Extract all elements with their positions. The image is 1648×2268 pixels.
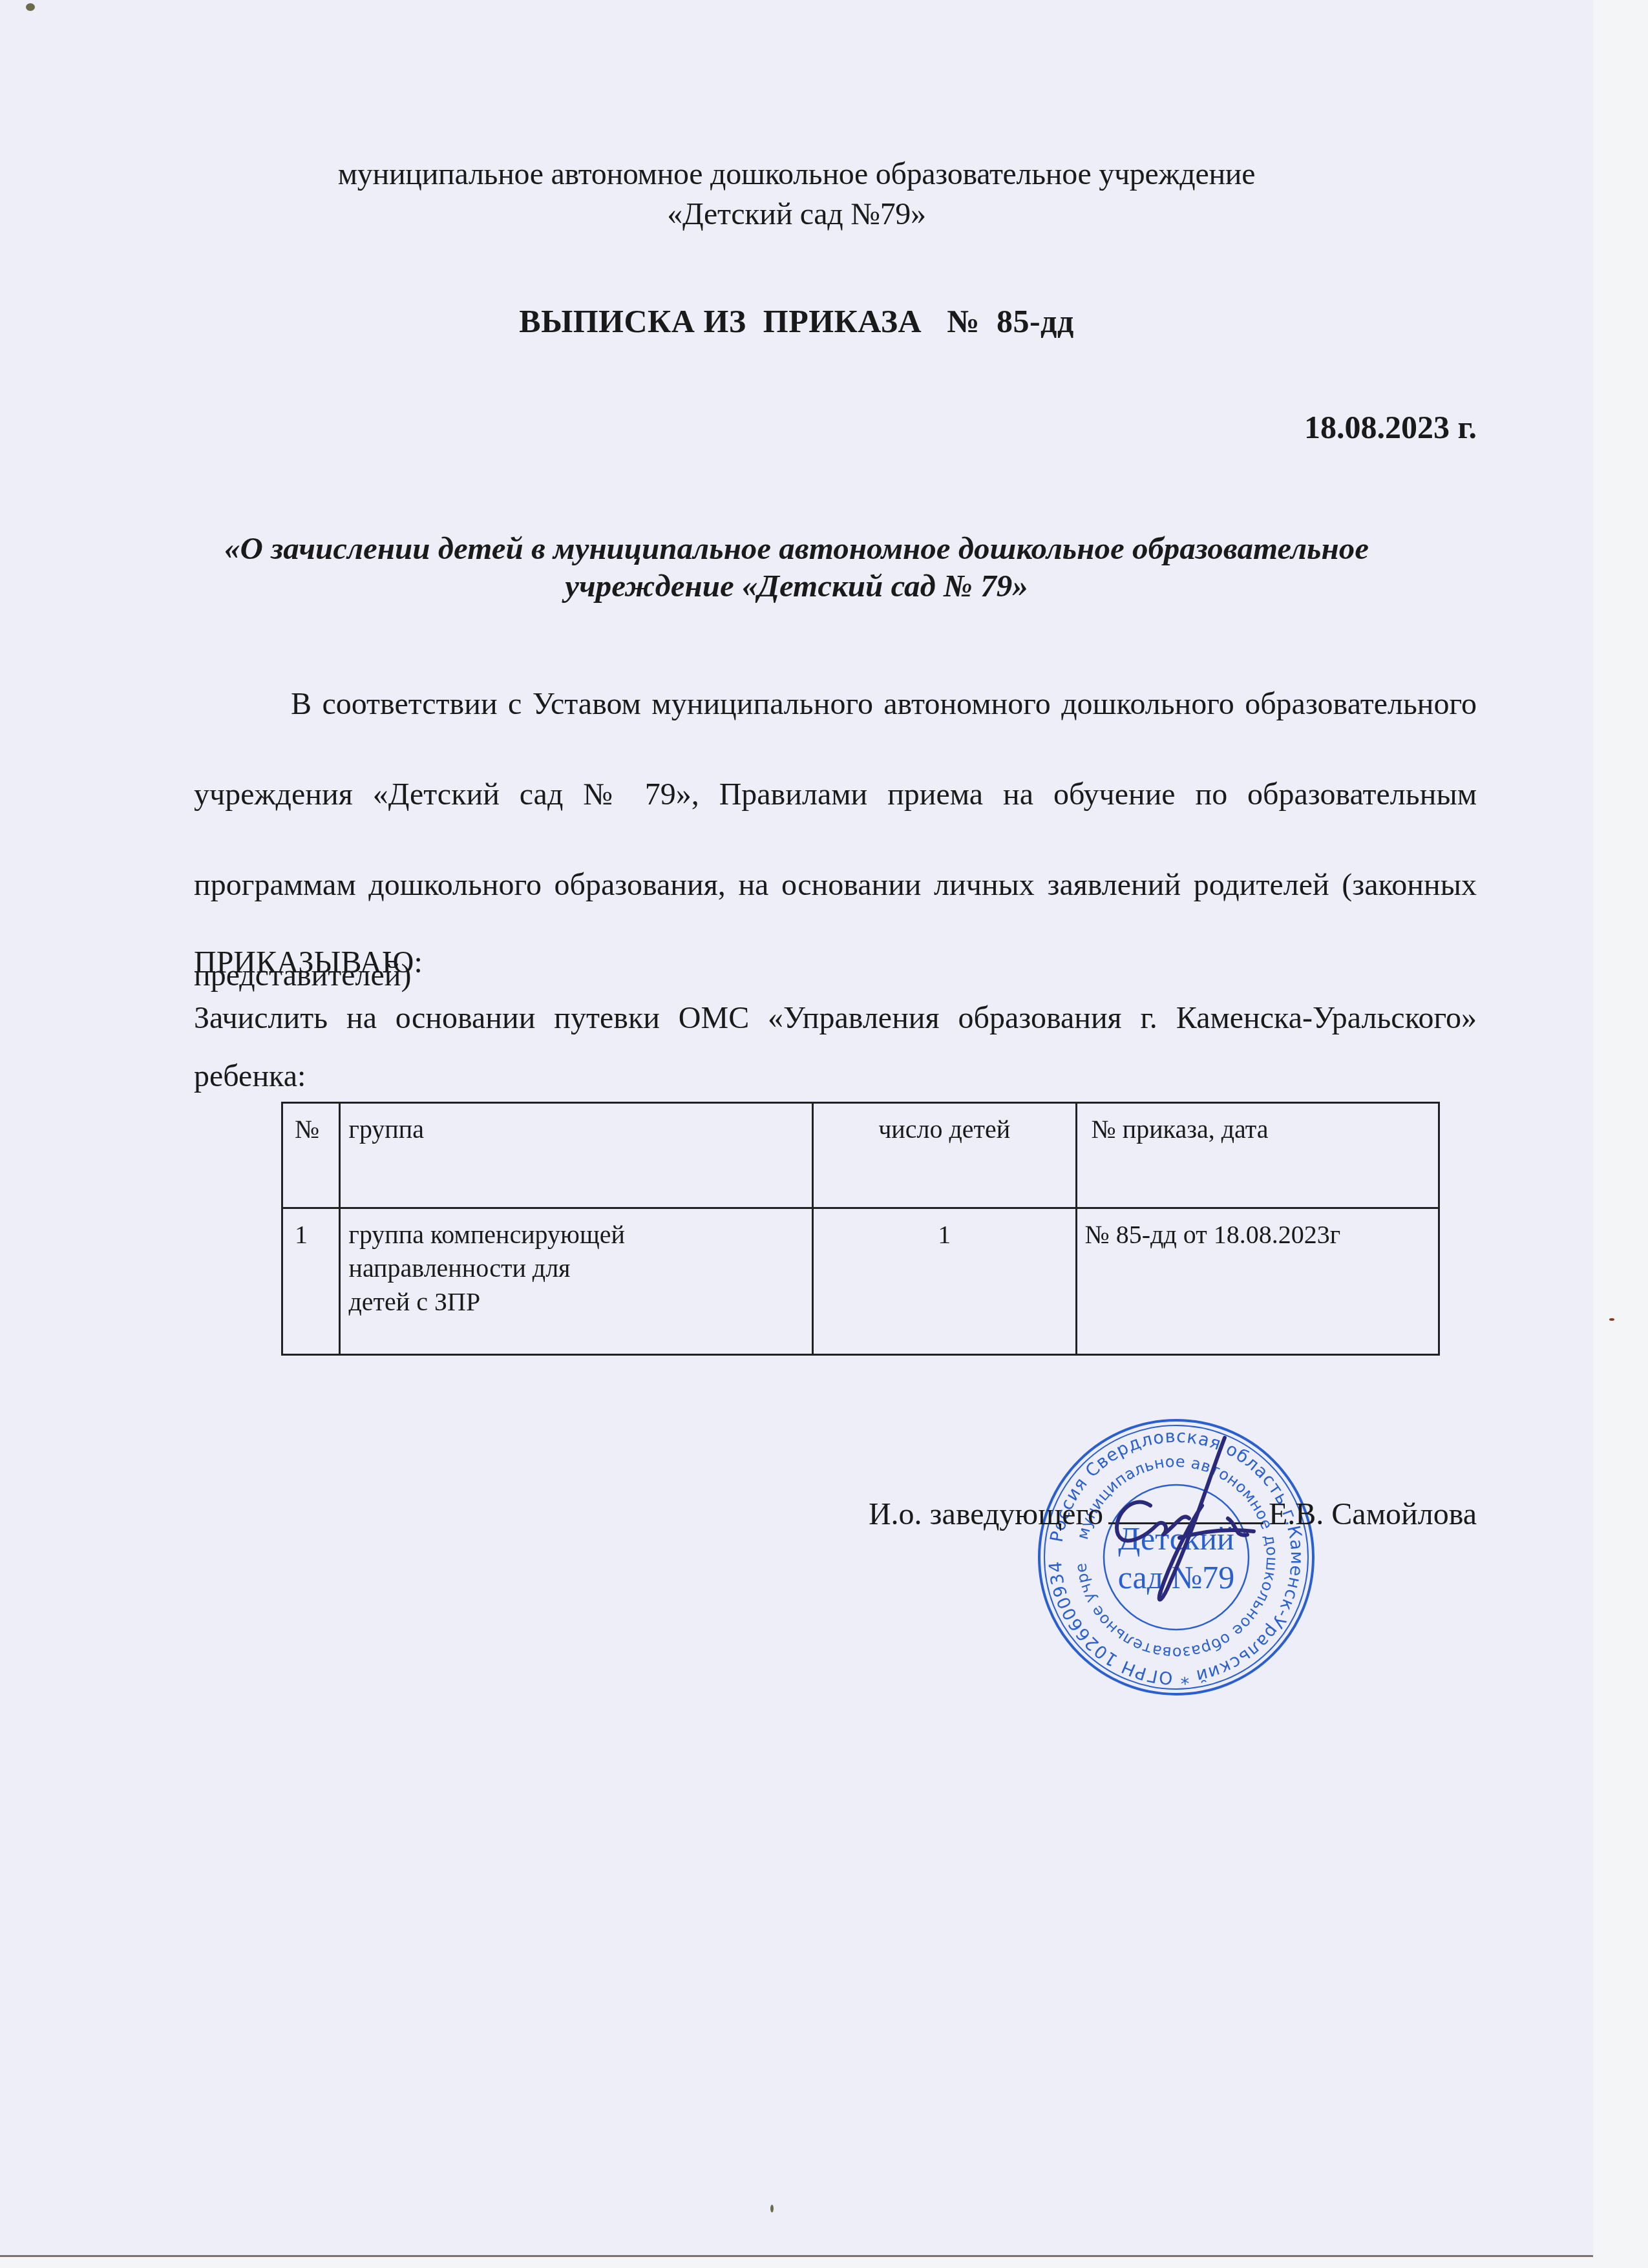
cell-number: 1 (282, 1208, 340, 1355)
signatory-name: Е.В. Самойлова (1269, 1497, 1477, 1531)
document-date: 18.08.2023 г. (1304, 408, 1477, 446)
col-header-count: число детей (812, 1103, 1076, 1208)
scan-speck (1609, 1318, 1614, 1321)
document-title: ВЫПИСКА ИЗ ПРИКАЗА № 85-дд (0, 302, 1593, 340)
enrollment-table: № группа число детей № приказа, дата 1 г… (281, 1102, 1440, 1356)
enroll-tail: ребенка: (194, 1057, 306, 1096)
col-header-group: группа (340, 1103, 812, 1208)
table-row: 1 группа компенсирующей направленности д… (282, 1208, 1439, 1355)
subtitle-line-2: учреждение «Детский сад № 79» (0, 567, 1593, 605)
scan-speck (26, 3, 35, 11)
document-page: муниципальное автономное дошкольное обра… (0, 0, 1593, 2257)
subtitle-line-1: «О зачислении детей в муниципальное авто… (0, 530, 1593, 567)
order-word: ПРИКАЗЫВАЮ: (194, 943, 423, 982)
org-name-line-1: муниципальное автономное дошкольное обра… (0, 155, 1593, 194)
scan-speck (770, 2205, 774, 2212)
cell-order: № 85-дд от 18.08.2023г (1076, 1208, 1439, 1355)
col-header-number: № (282, 1103, 340, 1208)
enroll-line: Зачислить на основании путевки ОМС «Упра… (194, 999, 1477, 1038)
handwritten-signature-icon (1099, 1422, 1267, 1615)
org-name-line-2: «Детский сад №79» (0, 195, 1593, 234)
cell-count: 1 (812, 1208, 1076, 1355)
table-header-row: № группа число детей № приказа, дата (282, 1103, 1439, 1208)
cell-group-text: группа компенсирующей направленности для… (348, 1218, 633, 1319)
cell-group: группа компенсирующей направленности для… (340, 1208, 812, 1355)
col-header-order: № приказа, дата (1076, 1103, 1439, 1208)
signatory-position: И.о. заведующего (869, 1497, 1103, 1531)
